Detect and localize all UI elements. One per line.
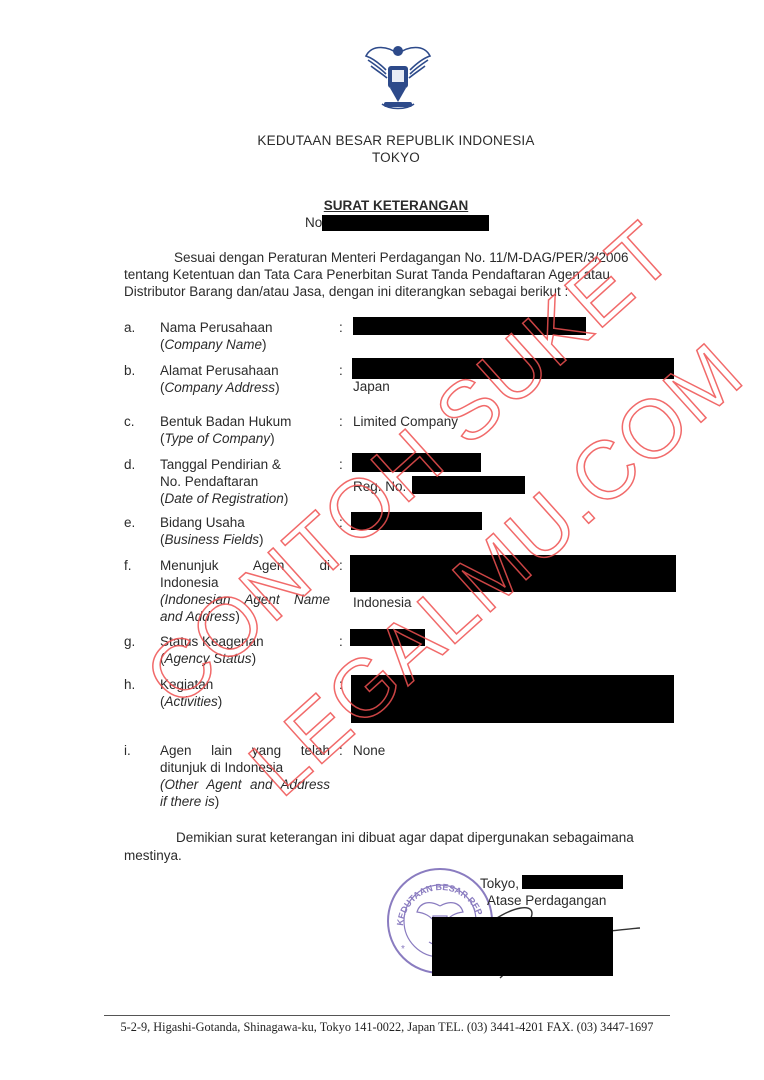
document-title: SURAT KETERANGAN bbox=[0, 198, 764, 213]
footer-divider bbox=[104, 1015, 670, 1016]
redacted-company-address bbox=[352, 358, 674, 379]
redacted-agency-status bbox=[350, 629, 425, 646]
redacted-agent-name-address bbox=[350, 555, 676, 592]
garuda-emblem-icon bbox=[358, 36, 438, 116]
closing-paragraph: Demikian surat keterangan ini dibuat aga… bbox=[124, 829, 670, 865]
registration-number-label: Reg. No. bbox=[353, 478, 406, 495]
footer-address: 5-2-9, Higashi-Gotanda, Shinagawa-ku, To… bbox=[104, 1020, 670, 1035]
document-number-label: No bbox=[305, 215, 322, 230]
type-of-company-value: Limited Company bbox=[353, 413, 458, 430]
redacted-signature-date bbox=[522, 875, 623, 889]
intro-paragraph: Sesuai dengan Peraturan Menteri Perdagan… bbox=[124, 249, 664, 300]
redacted-activities bbox=[351, 675, 674, 723]
company-address-country: Japan bbox=[353, 378, 390, 395]
agent-country-value: Indonesia bbox=[353, 594, 412, 611]
signature-place: Tokyo, bbox=[480, 876, 519, 891]
other-agent-value: None bbox=[353, 742, 385, 759]
redacted-company-name bbox=[353, 317, 586, 335]
redacted-registration-number bbox=[412, 476, 525, 494]
svg-text:*: * bbox=[401, 944, 405, 955]
redacted-signatory-name bbox=[432, 917, 613, 976]
redacted-document-number bbox=[322, 215, 489, 231]
document-page: KEDUTAAN BESAR REPUBLIK INDONESIA TOKYO … bbox=[0, 0, 764, 1080]
redacted-business-fields bbox=[351, 512, 482, 530]
institution-city: TOKYO bbox=[0, 150, 764, 165]
redacted-establishment-date bbox=[352, 453, 481, 472]
institution-name: KEDUTAAN BESAR REPUBLIK INDONESIA bbox=[0, 133, 764, 148]
